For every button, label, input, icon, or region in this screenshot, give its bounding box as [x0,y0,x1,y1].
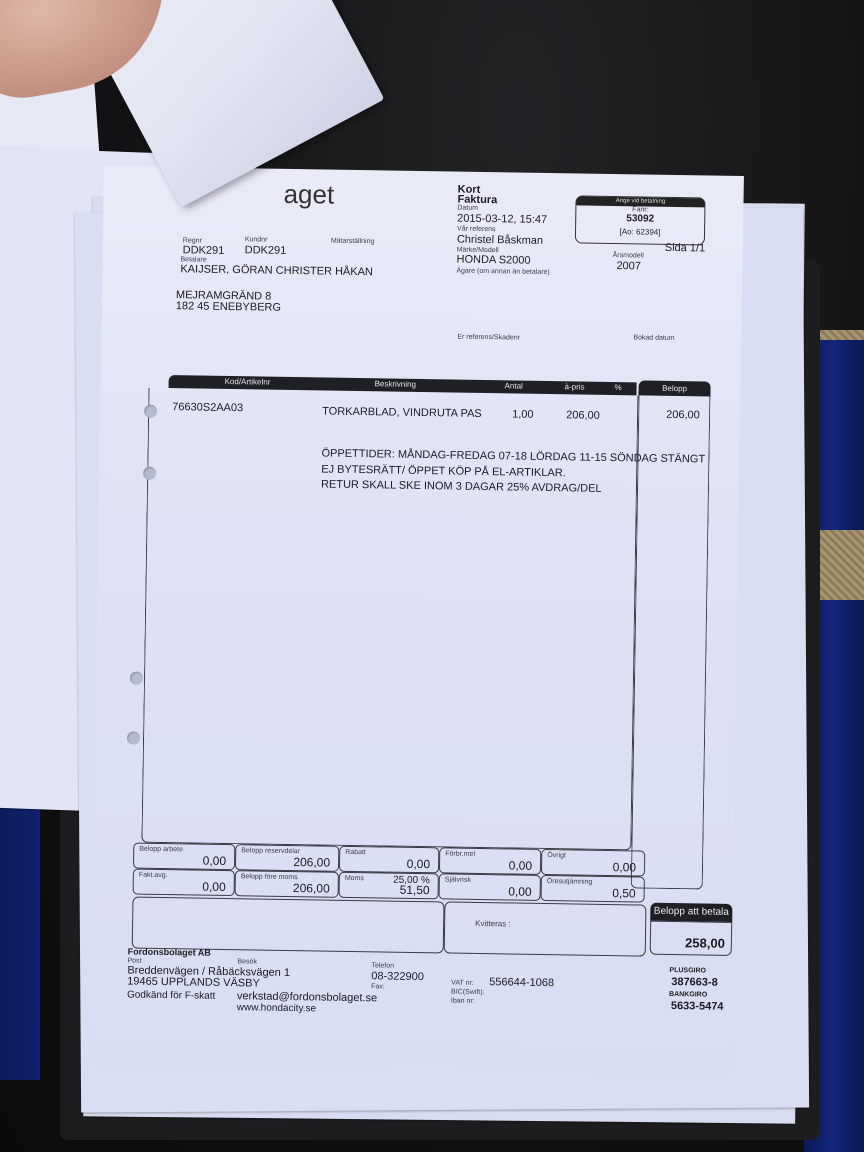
punch-hole [130,671,143,684]
year-model-value: 2007 [616,260,641,272]
col-header-description: Beskrivning [375,379,416,389]
summary-labor: Belopp arbete 0,00 [133,843,235,871]
kundnr-label: Kundnr [245,236,268,243]
receipt-label: Kvitteras : [475,919,511,929]
item-amount: 206,00 [666,409,700,422]
summary-other: Övrigt 0,00 [541,849,645,877]
iban-label: Iban nr: [451,998,475,1005]
visit-label: Besök [237,958,257,965]
date-value: 2015-03-12, 15:47 [457,213,547,226]
payer-name: KAIJSER, GÖRAN CHRISTER HÅKAN [180,263,373,278]
summary-invoice-fee: Fakt.avg. 0,00 [133,869,235,897]
bic-label: BIC(Swift): [451,989,485,997]
vat-no-value: 556644-1068 [489,976,554,989]
item-code: 76630S2AA03 [172,401,243,414]
f-tax-note: Godkänd för F-skatt [127,989,216,1001]
year-model-label: Årsmodell [613,252,644,259]
summary-grid: Belopp arbete 0,00 Belopp reservdelar 20… [133,843,646,903]
total-box: 258,00 [650,921,733,956]
col-header-unit-price: à-pris [565,382,585,391]
vat-no-label: VAT nr: [451,980,474,987]
summary-deductible: Självrisk 0,00 [439,873,541,901]
meter-label: Mätarställning [331,238,375,246]
col-header-code: Kod/Artikelnr [225,377,271,387]
company-logo: aget [283,179,334,211]
plusgiro-value: 387663-8 [671,976,718,989]
make-model-value: HONDA S2000 [456,254,530,267]
company-address2: 19465 UPPLANDS VÄSBY [127,975,260,989]
order-ref: [Ao: 62394] [576,226,704,237]
punch-hole [144,405,157,418]
amount-column-frame [631,395,711,889]
total-label: Belopp att betala [650,903,732,922]
phone-label: Telefon [371,962,394,969]
total-value: 258,00 [685,935,725,951]
summary-before-vat: Belopp före moms 206,00 [235,870,339,898]
bankgiro-value: 5633-5474 [671,1000,724,1013]
punch-hole [127,731,140,744]
col-header-amount: Belopp [638,380,710,396]
item-unit-price: 206,00 [566,409,600,422]
invoice-document: aget Kort Faktura Datum 2015-03-12, 15:4… [90,166,744,1076]
your-ref-label: Er referens/Skadenr [457,334,520,342]
our-ref-value: Christel Båskman [457,234,543,247]
company-website: www.hondacity.se [237,1002,316,1014]
our-ref-label: Vår referens [457,226,496,234]
payment-reference-box: Ange vid betalning Fanr: 53092 [Ao: 6239… [575,195,706,245]
col-header-qty: Antal [505,381,523,390]
regnr-value: DDK291 [183,244,225,257]
phone-value: 08-322900 [371,970,424,983]
invoice-no-value: 53092 [576,212,704,225]
summary-discount: Rabatt 0,00 [339,846,439,874]
signature-box-left [132,897,445,954]
kundnr-value: DDK291 [245,244,287,257]
summary-rounding: Öresutjämning 0,50 [541,875,645,903]
booked-date-label: Bokad datum [633,334,674,342]
address-line2: 182 45 ENEBYBERG [176,300,281,314]
summary-parts: Belopp reservdelar 206,00 [235,844,339,872]
company-name: Fordonsbolaget AB [128,946,211,957]
plusgiro-label: PLUSGIRO [669,967,706,975]
receipt-box: Kvitteras : [444,901,647,956]
summary-vat: Moms 25,00 % 51,50 [339,872,439,900]
date-label: Datum [457,205,478,212]
bankgiro-label: BANKGIRO [669,991,707,999]
fax-label: Fax: [371,983,385,990]
item-qty: 1,00 [512,408,534,420]
item-description: TORKARBLAD, VINDRUTA PAS [322,405,482,420]
col-header-pct: % [615,383,622,392]
owner-label: Ägare (om annan än betalare) [456,268,550,276]
summary-consumables: Förbr.mtrl 0,00 [439,847,541,875]
background-burlap [818,530,864,600]
